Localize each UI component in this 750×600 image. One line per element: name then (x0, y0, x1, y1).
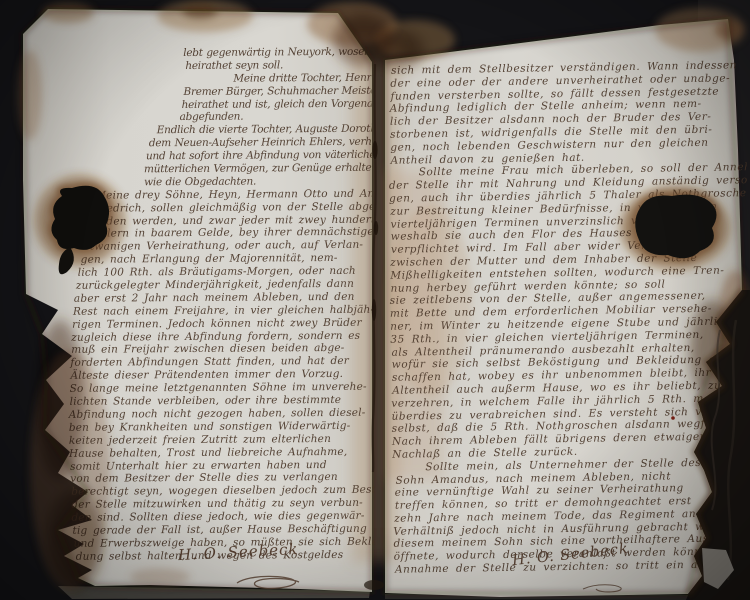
manuscript-photo: lebt gegenwärtig in Neuyork, woselbst er… (0, 0, 750, 600)
burn-hole-right (635, 195, 716, 259)
red-ink-spot (671, 416, 675, 420)
signature-flourish-left (237, 576, 299, 588)
damage-overlay-art (0, 0, 750, 600)
signature-flourish-right (583, 585, 621, 592)
page-edge-shading (23, 9, 742, 594)
